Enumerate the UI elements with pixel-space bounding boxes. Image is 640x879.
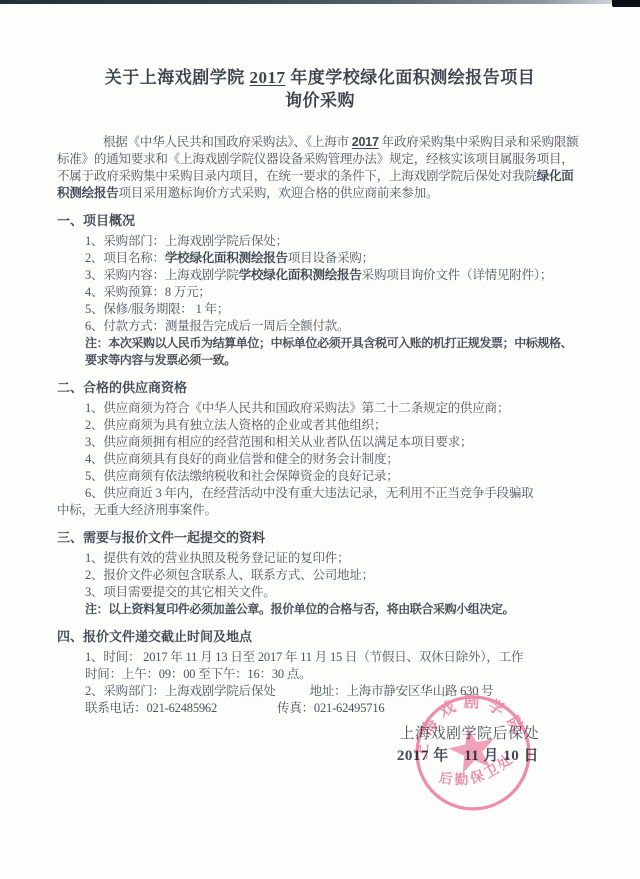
doc-title: 关于上海戏剧学院 2017 年度学校绿化面积测绘报告项目 询价采购 — [57, 66, 583, 112]
sections: 一、项目概况1、采购部门：上海戏剧学院后保处；2、项目名称：学校绿化面积测绘报告… — [57, 212, 583, 717]
text-segment: 注：以上资料复印件必须加盖公章。报价单位的合格与否，将由联合采购小组决定。 — [85, 602, 514, 616]
doc-line: 2、报价文件必须包含联系人、联系方式、公司地址； — [85, 567, 583, 584]
doc-line: 注：以上资料复印件必须加盖公章。报价单位的合格与否，将由联合采购小组决定。 — [85, 601, 583, 618]
doc-line: 4、供应商须具有良好的商业信誉和健全的财务会计制度； — [85, 451, 583, 468]
text-segment: 项目采用邀标询价方式采购，欢迎合格的供应商前来参加。 — [119, 186, 439, 200]
text-segment: 1、采购部门：上海戏剧学院后保处； — [85, 234, 288, 248]
text-segment: 2017 — [352, 135, 379, 149]
doc-line: 3、项目需要提交的其它相关文件。 — [85, 584, 583, 601]
text-segment: 2、供应商须为具有独立法人资格的企业或者其他组织； — [85, 418, 386, 432]
text-segment: 3、项目需要提交的其它相关文件。 — [85, 585, 276, 599]
text-segment: 1、提供有效的营业执照及税务登记证的复印件； — [85, 551, 349, 565]
official-seal: 上海戏剧学院 后勤保卫处 — [398, 678, 547, 827]
text-segment: 传真：021-62495716 — [277, 701, 384, 715]
text-segment: 2017 — [250, 68, 286, 87]
text-segment: 6、付款方式：测量报告完成后一周后全额付款。 — [85, 319, 349, 333]
doc-line: 6、供应商近 3 年内，在经营活动中没有重大违法记录，无利用不正当竞争手段骗取 — [85, 485, 583, 502]
text-segment: 中标，无重大经济刑事案件。 — [57, 503, 217, 517]
text-segment: 注：本次采购以人民币为结算单位；中标单位必须开具含税可入账的机打正规发票；中标规… — [85, 336, 572, 367]
doc-line: 3、供应商须拥有相应的经营范围和相关从业者队伍以满足本项目要求； — [85, 434, 583, 451]
text-segment: 3、供应商须拥有相应的经营范围和相关从业者队伍以满足本项目要求； — [85, 435, 472, 449]
doc-line: 1、供应商须为符合《中华人民共和国政府采购法》第二十二条规定的供应商； — [85, 400, 583, 417]
text-segment: 3、采购内容：上海戏剧学院 — [85, 268, 239, 282]
text-segment: 1、时间： 2017 年 11 月 13 日至 2017 年 11 月 15 日… — [85, 650, 523, 664]
document-body: 关于上海戏剧学院 2017 年度学校绿化面积测绘报告项目 询价采购 根据《中华人… — [0, 0, 640, 767]
doc-title-line-2: 询价采购 — [57, 89, 583, 112]
text-segment: 时间：上午：09：00 至下午：16：30 点。 — [85, 667, 311, 681]
doc-line: 注：本次采购以人民币为结算单位；中标单位必须开具含税可入账的机打正规发票；中标规… — [85, 335, 583, 369]
text-segment: 5、保修/服务期限： 1 年； — [85, 302, 229, 316]
doc-line: 2、供应商须为具有独立法人资格的企业或者其他组织； — [85, 417, 583, 434]
text-segment: 4、采购预算：8 万元； — [85, 285, 211, 299]
doc-line: 3、采购内容：上海戏剧学院学校绿化面积测绘报告采购项目询价文件（详情见附件）； — [85, 267, 583, 284]
text-segment: 联系电话：021-62485962 — [85, 701, 217, 715]
doc-line: 6、付款方式：测量报告完成后一周后全额付款。 — [85, 318, 583, 335]
text-segment: 采购项目询价文件（详情见附件）； — [362, 268, 553, 282]
section-heading: 四、报价文件递交截止时间及地点 — [57, 628, 583, 645]
text-segment: 5、供应商须有依法缴纳税收和社会保障资金的良好记录； — [85, 469, 399, 483]
doc-line: 5、供应商须有依法缴纳税收和社会保障资金的良好记录； — [85, 468, 583, 485]
doc-line: 中标，无重大经济刑事案件。 — [57, 502, 583, 519]
section-heading: 三、需要与报价文件一起提交的资料 — [57, 529, 583, 546]
doc-line: 1、时间： 2017 年 11 月 13 日至 2017 年 11 月 15 日… — [85, 649, 583, 666]
text-segment: 项目设备采购； — [288, 251, 374, 265]
doc-line: 1、提供有效的营业执照及税务登记证的复印件； — [85, 550, 583, 567]
text-segment: 6、供应商近 3 年内，在经营活动中没有重大违法记录，无利用不正当竞争手段骗取 — [85, 486, 533, 500]
doc-line: 1、采购部门：上海戏剧学院后保处； — [85, 233, 583, 250]
doc-title-line-1: 关于上海戏剧学院 2017 年度学校绿化面积测绘报告项目 — [57, 66, 583, 89]
text-segment: 2、项目名称： — [85, 251, 165, 265]
section-heading: 二、合格的供应商资格 — [57, 379, 583, 396]
text-segment: 年度学校绿化面积测绘报告项目 — [286, 68, 536, 87]
text-segment: 1、供应商须为符合《中华人民共和国政府采购法》第二十二条规定的供应商； — [85, 401, 509, 415]
doc-line: 5、保修/服务期限： 1 年； — [85, 301, 583, 318]
seal-svg: 上海戏剧学院 后勤保卫处 — [398, 678, 547, 827]
scanned-document-page: 关于上海戏剧学院 2017 年度学校绿化面积测绘报告项目 询价采购 根据《中华人… — [0, 0, 640, 879]
text-segment: 2、报价文件必须包含联系人、联系方式、公司地址； — [85, 568, 374, 582]
intro-paragraph: 根据《中华人民共和国政府采购法》、《上海市 2017 年政府采购集中采购目录和采… — [57, 134, 583, 202]
text-segment: 根据《中华人民共和国政府采购法》、《上海市 — [103, 135, 352, 149]
text-segment: 学校绿化面积测绘报告 — [239, 268, 362, 282]
text-segment: 2、采购部门：上海戏剧学院后保处 — [85, 684, 276, 698]
text-segment: 关于上海戏剧学院 — [105, 68, 250, 87]
doc-line: 2、项目名称：学校绿化面积测绘报告项目设备采购； — [85, 250, 583, 267]
section-heading: 一、项目概况 — [57, 212, 583, 229]
text-segment: 学校绿化面积测绘报告 — [165, 251, 288, 265]
doc-line: 4、采购预算：8 万元； — [85, 284, 583, 301]
text-segment: 4、供应商须具有良好的商业信誉和健全的财务会计制度； — [85, 452, 399, 466]
